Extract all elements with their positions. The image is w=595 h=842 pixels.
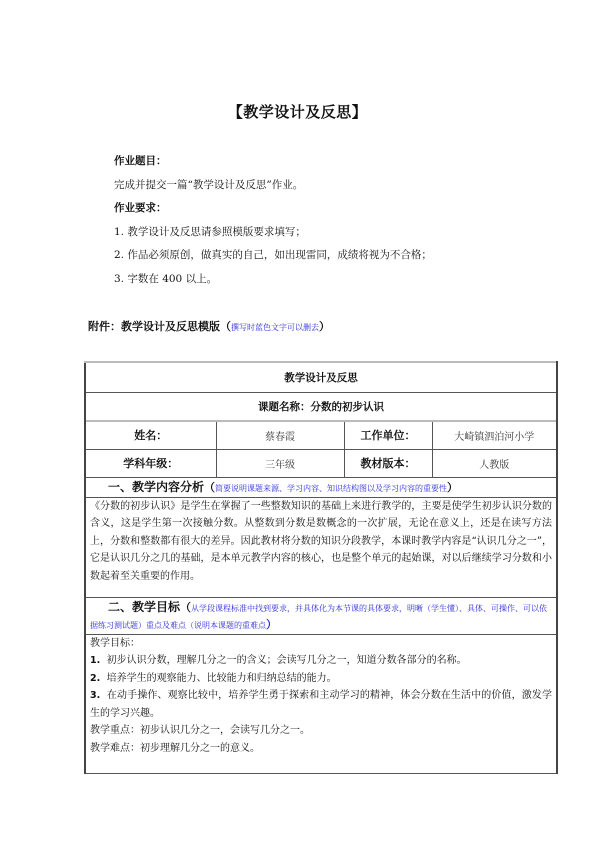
section2-body: 教学目标： 1. 初步认识分数，理解几分之一的含义；会读写几分之一，知道分数各部…: [85, 634, 557, 773]
goal-item: 3. 在动手操作、观察比较中，培养学生勇于探索和主动学习的精神，体会分数在生活中…: [90, 687, 552, 722]
name-label: 姓名：: [85, 421, 216, 449]
edition-value: 人教版: [432, 449, 557, 477]
lesson-title: 课题名称：分数的初步认识: [85, 392, 557, 421]
paren-close: ）: [319, 320, 330, 333]
assignment-topic-label: 作业题目：: [114, 150, 534, 174]
grade-label: 学科年级：: [85, 449, 216, 477]
attachment-note: 撰写时蓝色文字可以删去: [231, 323, 319, 332]
form-title: 教学设计及反思: [85, 362, 557, 392]
section1-heading: 一、教学内容分析: [108, 480, 204, 494]
goal-item: 2. 培养学生的观察能力、比较能力和归纳总结的能力。: [90, 670, 552, 688]
paren-open: （: [180, 601, 191, 614]
name-value: 蔡春霞: [216, 421, 344, 449]
attachment-heading: 附件：教学设计及反思模版（撰写时蓝色文字可以删去）: [88, 318, 330, 334]
section1-body: 《分数的初步认识》是学生在掌握了一些整数知识的基础上来进行教学的，主要是使学生初…: [85, 497, 557, 597]
section1-header: 一、教学内容分析（简要说明课题来源、学习内容、知识结构图以及学习内容的重要性）: [85, 477, 557, 497]
edition-label: 教材版本：: [344, 449, 432, 477]
goals-label: 教学目标：: [90, 635, 552, 653]
page-title: 【教学设计及反思】: [0, 101, 595, 122]
assignment-requirements-label: 作业要求：: [114, 197, 534, 221]
requirement-item: 3. 字数在 400 以上。: [114, 268, 534, 292]
section2-heading: 二、教学目标: [108, 600, 180, 614]
assignment-topic-text: 完成并提交一篇“教学设计及反思”作业。: [114, 174, 534, 198]
lesson-design-form: 教学设计及反思 课题名称：分数的初步认识 姓名： 蔡春霞 工作单位： 大崎镇泗泊…: [84, 361, 558, 774]
goal-item: 1. 初步认识分数，理解几分之一的含义；会读写几分之一，知道分数各部分的名称。: [90, 652, 552, 670]
paren-open: （: [204, 481, 215, 494]
section1-note: 简要说明课题来源、学习内容、知识结构图以及学习内容的重要性: [215, 484, 447, 493]
paren-open: （: [220, 320, 231, 333]
key-point: 教学重点：初步认识几分之一，会读写几分之一。: [90, 722, 552, 740]
section1-paragraph: 《分数的初步认识》是学生在掌握了一些整数知识的基础上来进行教学的，主要是使学生初…: [90, 498, 552, 586]
grade-value: 三年级: [216, 449, 344, 477]
requirement-item: 1. 教学设计及反思请参照模版要求填写；: [114, 221, 534, 245]
paren-close: ）: [447, 481, 458, 494]
unit-label: 工作单位：: [344, 421, 432, 449]
attachment-label: 附件：教学设计及反思模版: [88, 320, 220, 333]
unit-value: 大崎镇泗泊河小学: [432, 421, 557, 449]
difficult-point: 教学难点：初步理解几分之一的意义。: [90, 740, 552, 758]
requirement-item: 2. 作品必须原创，做真实的自己，如出现雷同，成绩将视为不合格；: [114, 244, 534, 268]
assignment-block: 作业题目： 完成并提交一篇“教学设计及反思”作业。 作业要求： 1. 教学设计及…: [114, 150, 534, 291]
paren-close: ）: [266, 618, 277, 631]
section2-header: 二、教学目标（从学段课程标准中找到要求，并具体化为本节课的具体要求，明晰（学生懂…: [85, 597, 557, 634]
